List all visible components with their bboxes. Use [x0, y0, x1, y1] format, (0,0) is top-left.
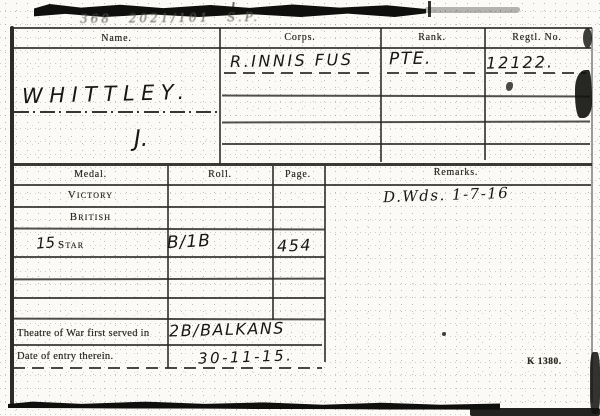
- regtl-no-value: 12122.: [486, 52, 554, 72]
- scan-artifact-ink-spot: [506, 82, 513, 91]
- divider-page-remarks: [324, 166, 326, 362]
- top-row-line-2: [222, 121, 590, 123]
- scan-artifact-bottom-band: [8, 401, 500, 410]
- medal-row-star: Star: [58, 239, 84, 251]
- roll-column-label: Roll.: [168, 169, 272, 180]
- page-column-label: Page.: [272, 169, 324, 180]
- divider-name-corps: [219, 28, 221, 164]
- medal-row-victory: Victory: [14, 189, 167, 201]
- medal-row-line-2: [13, 227, 325, 230]
- medal-row-line-4: [13, 278, 325, 280]
- theatre-of-war-label: Theatre of War first served in: [17, 328, 149, 339]
- page-value: 454: [277, 235, 313, 255]
- theatre-of-war-value: 2B/BALKANS: [169, 318, 285, 340]
- scan-artifact-bottom-band-right: [470, 408, 600, 416]
- top-row-line-3: [222, 143, 590, 145]
- corps-value-underline: [224, 72, 374, 74]
- card-border-left: [10, 26, 14, 406]
- remarks-value: D.Wds. 1-7-16: [383, 184, 510, 206]
- scan-artifact-bracket: [428, 1, 431, 17]
- scan-artifact-right-blotch-2: [583, 28, 592, 48]
- card-border-top: [10, 27, 592, 29]
- divider-rank-regtl: [484, 28, 486, 160]
- date-row-line: [13, 367, 322, 369]
- scan-artifact-top-tail: [424, 7, 521, 13]
- medal-star-prefix: 15: [35, 233, 55, 252]
- top-row-line-1: [222, 95, 590, 97]
- rank-label: Rank.: [380, 32, 484, 43]
- name-label: Name.: [14, 33, 219, 44]
- corps-value: R.INNIS FUS: [230, 50, 354, 71]
- date-of-entry-value: 30-11-15.: [198, 346, 294, 367]
- scan-artifact-dot: [442, 332, 446, 336]
- scan-artifact-right-blotch-3: [590, 352, 600, 414]
- theatre-row-line: [13, 344, 322, 346]
- surname-value: WHITTLEY.: [22, 80, 191, 108]
- medal-column-label: Medal.: [14, 169, 167, 180]
- regtl-value-underline: [486, 72, 586, 74]
- roll-value: B/1B: [167, 231, 212, 253]
- initials-value: J.: [134, 126, 149, 152]
- medal-row-line-1: [13, 206, 325, 208]
- scan-artifact-right-blotch-1: [575, 70, 592, 118]
- medal-index-card: 368 2021/101 S.P. Name. Corps. Rank. Reg…: [0, 0, 600, 416]
- rank-value: PTE.: [389, 49, 432, 70]
- section-divider: [10, 163, 592, 166]
- header-underline: [12, 47, 591, 49]
- corps-label: Corps.: [220, 32, 380, 43]
- rank-value-underline: [387, 72, 479, 74]
- date-of-entry-label: Date of entry therein.: [17, 351, 113, 362]
- surname-underline: [14, 111, 218, 113]
- remarks-column-label: Remarks.: [325, 167, 587, 178]
- form-number: K 1380.: [527, 357, 562, 367]
- medal-row-line-5: [13, 297, 325, 299]
- medal-row-british: British: [14, 211, 167, 223]
- top-scrawl-annotation: 368 2021/101 S.P.: [80, 10, 260, 26]
- medal-row-line-3: [13, 256, 325, 258]
- regtl-no-label: Regtl. No.: [484, 32, 590, 43]
